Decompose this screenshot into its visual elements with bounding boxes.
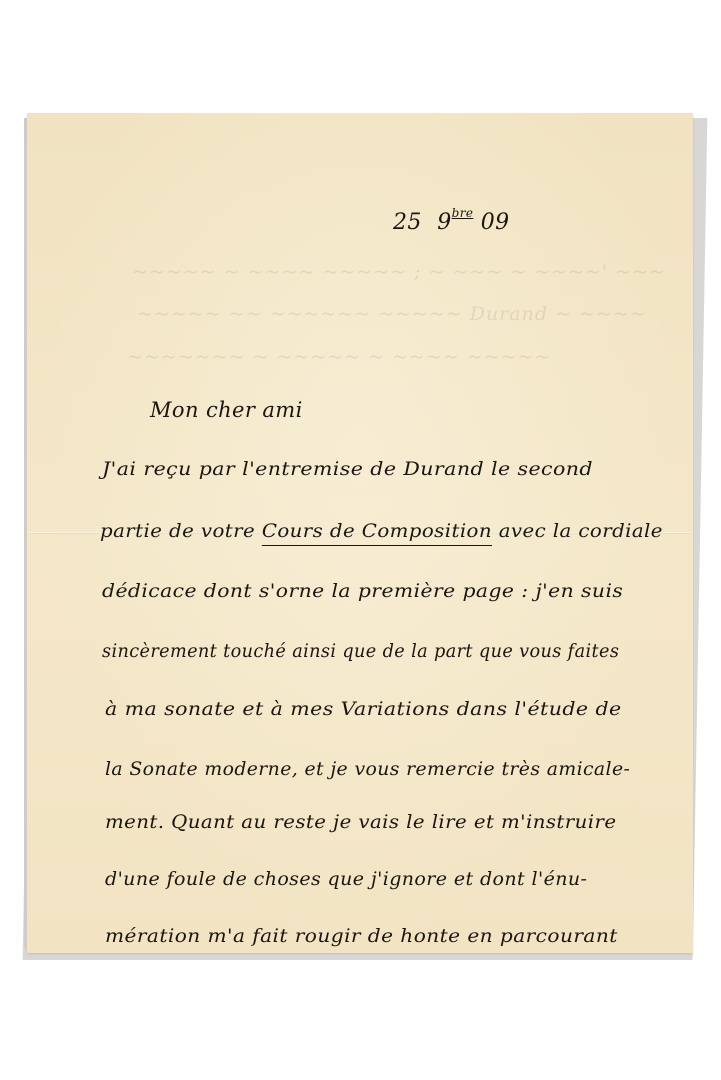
salutation: Mon cher ami [150, 398, 303, 422]
body-line-5: à ma sonate et à mes Variations dans l'é… [105, 698, 622, 720]
show-through-line: ~~~~~~~ ~ ~~~~~ ~ ~~~~ ~~~~~ [127, 346, 551, 368]
letter-date: 25 9bre 09 [393, 206, 510, 235]
body-line-1: J'ai reçu par l'entremise de Durand le s… [102, 458, 593, 480]
body-line-4: sincèrement touché ainsi que de la part … [102, 640, 619, 662]
letter-page: ~~~~~ ~ ~~~~ ~~~~~ ; ~ ~~~ ~ ~~~~' ~~~ ~… [27, 113, 693, 953]
body-line-3: dédicace dont s'orne la première page : … [102, 580, 623, 602]
body-line-2: partie de votre Cours de Composition ave… [100, 520, 663, 542]
body-line-9: mération m'a fait rougir de honte en par… [105, 925, 618, 947]
scene: ~~~~~ ~ ~~~~ ~~~~~ ; ~ ~~~ ~ ~~~~' ~~~ ~… [0, 0, 721, 1080]
body-line-8: d'une foule de choses que j'ignore et do… [105, 868, 587, 890]
show-through-line: ~~~~~ ~ ~~~~ ~~~~~ ; ~ ~~~ ~ ~~~~' ~~~ [132, 261, 666, 283]
body-line-6: la Sonate moderne, et je vous remercie t… [105, 758, 630, 780]
body-line-7: ment. Quant au reste je vais le lire et … [105, 811, 617, 833]
date-month: 9 [437, 210, 451, 235]
date-day: 25 [393, 210, 422, 235]
underlined-title: Cours de Composition [262, 520, 492, 542]
date-month-suffix: bre [452, 206, 474, 220]
date-year: 09 [481, 210, 510, 235]
show-through-line: ~~~~~ ~~ ~~~~~~ ~~~~~ Durand ~ ~~~~ [137, 303, 647, 325]
